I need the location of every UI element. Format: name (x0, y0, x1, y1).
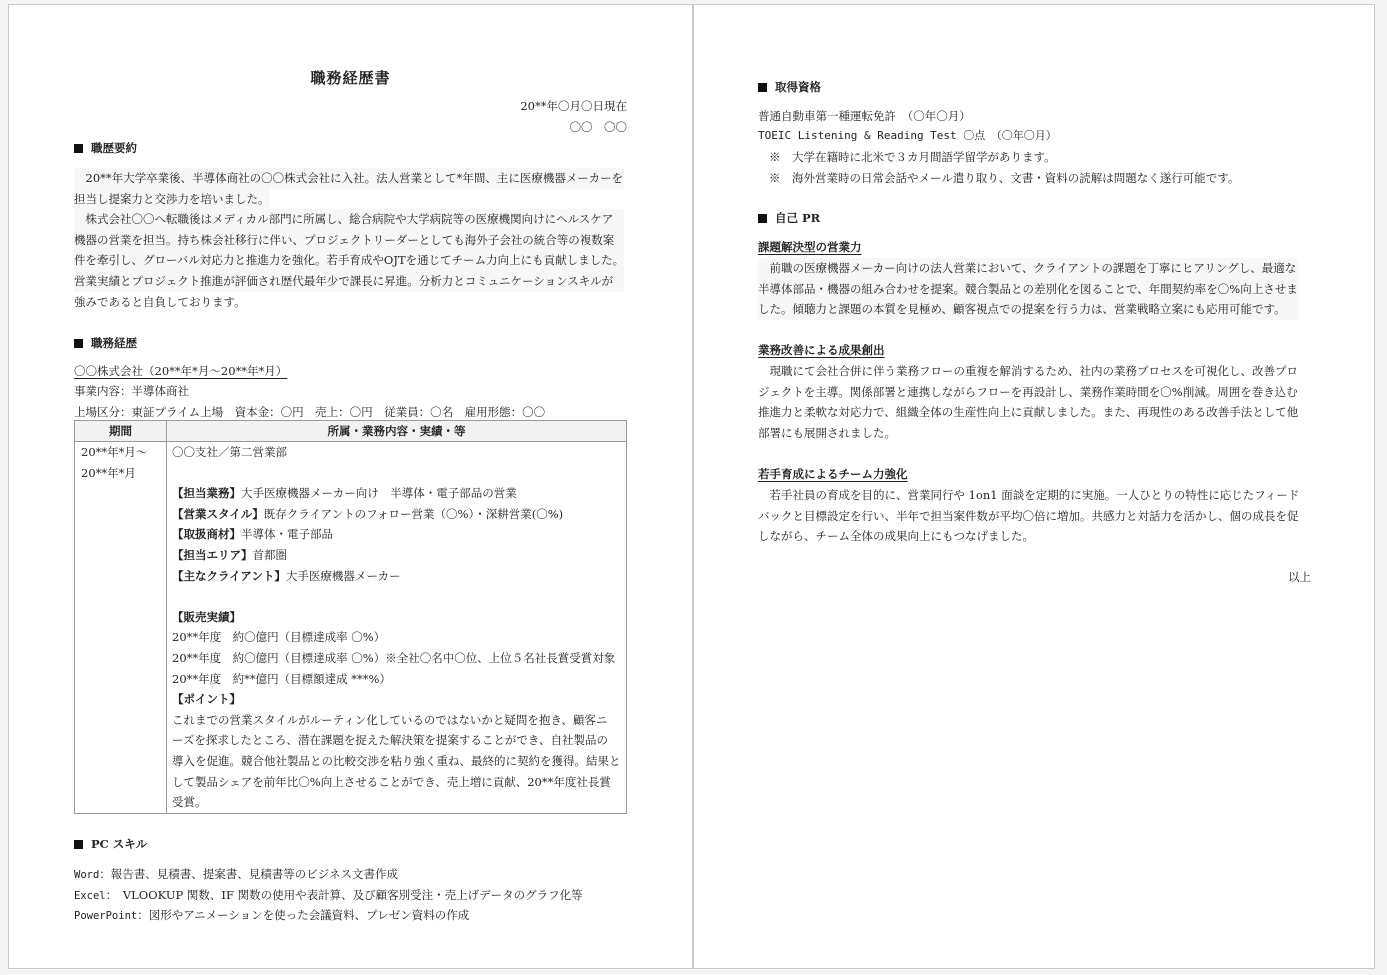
square-bullet-icon (758, 83, 767, 92)
app-name: Excel (74, 890, 106, 902)
text-line: 件を牽引し、グローバル対応力と推進力を強化。若手育成やOJTを通じてチーム力向上… (74, 250, 624, 271)
section-heading-label: 職務経歴 (91, 336, 137, 350)
point-label: 【ポイント】 (172, 689, 621, 710)
duty-value: 既存クライアントのフォロー営業（〇%）・深耕営業(〇%) (264, 507, 563, 521)
text-line: 前職の医療機器メーカー向けの法人営業において、クライアントの課題を丁寧にヒアリン… (758, 258, 1298, 279)
duty-item: 【取扱商材】半導体・電子部品 (172, 524, 621, 545)
text-line: 推進力と柔軟な対応力で、組織全体の生産性向上に貢献しました。また、再現性のある改… (758, 402, 1298, 423)
period-start: 20**年*月～ (81, 442, 161, 463)
page-2: 取得資格 普通自動車第一種運転免許 （〇年〇月） TOEIC Listening… (758, 5, 1311, 968)
pc-skill-word: Word：報告書、見積書、提案書、見積書等のビジネス文書作成 (74, 864, 398, 886)
table-row: 20**年*月～ 20**年*月 〇〇支社／第二営業部 【担当業務】大手医療機器… (75, 442, 627, 814)
author-name: 〇〇 〇〇 (570, 117, 628, 138)
department: 〇〇支社／第二営業部 (172, 442, 621, 463)
text-line: 部署にも展開されました。 (758, 423, 1298, 444)
skill-text: ：図形やアニメーションを使った会議資料、プレゼン資料の作成 (137, 908, 469, 922)
sales-label: 【販売実績】 (172, 607, 621, 628)
duty-value: 首都圏 (253, 548, 288, 562)
pr-title: 課題解決型の営業力 (758, 237, 862, 258)
section-heading-label: 職歴要約 (91, 141, 137, 155)
app-name: Word (74, 869, 99, 881)
square-bullet-icon (74, 144, 83, 153)
qualification-item: 普通自動車第一種運転免許 （〇年〇月） (758, 106, 971, 127)
text-line: ジェクトを主導。関係部署と連携しながらフローを再設計し、業務作業時間を〇%削減。… (758, 382, 1298, 403)
text-line: 担当し提案力と交渉力を培いました。 (74, 189, 270, 210)
duty-label: 【主なクライアント】 (172, 569, 286, 583)
text-line: 株式会社〇〇へ転職後はメディカル部門に所属し、総合病院や大学病院等の医療機関向け… (74, 209, 624, 230)
section-heading-label: PC スキル (91, 837, 147, 851)
pr-paragraph: 現職にて会社合併に伴う業務フローの重複を解消するため、社内の業務プロセスを可視化… (758, 361, 1298, 443)
section-heading-qualifications: 取得資格 (758, 79, 821, 95)
section-heading-label: 取得資格 (775, 80, 821, 94)
pr-title: 若手育成によるチーム力強化 (758, 464, 908, 485)
text-line: 機器の営業を担当。持ち株会社移行に伴い、プロジェクトリーダーとしても海外子会社の… (74, 230, 624, 251)
duty-item: 【主なクライアント】大手医療機器メーカー (172, 566, 621, 587)
pc-skill-powerpoint: PowerPoint：図形やアニメーションを使った会議資料、プレゼン資料の作成 (74, 905, 469, 927)
content-cell: 〇〇支社／第二営業部 【担当業務】大手医療機器メーカー向け 半導体・電子部品の営… (167, 442, 627, 814)
page-1: 職務経歴書 20**年〇月〇日現在 〇〇 〇〇 職歴要約 20**年大学卒業後、… (74, 5, 627, 968)
text-line: 現職にて会社合併に伴う業務フローの重複を解消するため、社内の業務プロセスを可視化… (758, 361, 1298, 382)
qualification-note: ※ 大学在籍時に北米で３カ月間語学留学があります。 (769, 147, 1056, 168)
point-line: 導入を促進。競合他社製品との比較交渉を粘り強く重ね、最終的に契約を獲得。結果と (172, 751, 621, 772)
sales-record: 20**年度 約**億円（目標額達成 ***%） (172, 669, 621, 690)
skill-text: ：報告書、見積書、提案書、見積書等のビジネス文書作成 (99, 867, 398, 881)
point-line: ーズを探求したところ、潜在課題を捉えた解決策を提案することができ、自社製品の (172, 730, 621, 751)
app-name: PowerPoint (74, 910, 137, 922)
text-line: バックと目標設定を行い、半年で担当案件数が平均〇倍に増加。共感力と対話力を活かし… (758, 506, 1299, 527)
section-heading-label: 自己 PR (775, 211, 820, 225)
text-line: 20**年大学卒業後、半導体商社の〇〇株式会社に入社。法人営業として*年間、主に… (74, 168, 624, 189)
qualification-item: TOEIC Listening & Reading Test 〇点 （〇年〇月） (758, 126, 1057, 147)
duty-label: 【営業スタイル】 (172, 507, 264, 521)
duty-label: 【取扱商材】 (172, 527, 241, 541)
page-divider (692, 5, 694, 968)
square-bullet-icon (74, 840, 83, 849)
text-line: した。傾聴力と課題の本質を見極め、顧客視点での提案を行う力は、営業戦略立案にも応… (758, 299, 1298, 320)
duty-item: 【担当エリア】首都圏 (172, 545, 621, 566)
square-bullet-icon (74, 339, 83, 348)
sales-record: 20**年度 約〇億円（目標達成率 〇%）※全社〇名中〇位、上位５名社長賞受賞対… (172, 648, 621, 669)
company-name: 〇〇株式会社（20**年*月～20**年*月） (74, 361, 287, 382)
column-header-period: 期間 (75, 421, 167, 442)
point-line: 受賞。 (172, 792, 621, 813)
sales-record: 20**年度 約〇億円（目標達成率 〇%） (172, 627, 621, 648)
section-heading-self-pr: 自己 PR (758, 210, 820, 226)
text-line: 若手社員の育成を目的に、営業同行や 1on1 面談を定期的に実施。一人ひとりの特… (758, 485, 1299, 506)
square-bullet-icon (758, 214, 767, 223)
pr-paragraph: 若手社員の育成を目的に、営業同行や 1on1 面談を定期的に実施。一人ひとりの特… (758, 485, 1299, 547)
skill-text: ： VLOOKUP 関数、IF 関数の使用や表計算、及び顧客別受注・売上げデータ… (106, 888, 583, 902)
business-content: 事業内容：半導体商社 (74, 381, 189, 402)
qualification-note: ※ 海外営業時の日常会話やメール遣り取り、文書・資料の読解は問題なく遂行可能です… (769, 168, 1239, 189)
point-line: して製品シェアを前年比〇%向上させることができ、売上増に貢献、20**年度社長賞 (172, 772, 621, 793)
section-heading-pc-skills: PC スキル (74, 836, 147, 852)
closing-text: 以上 (1288, 567, 1311, 588)
period-cell: 20**年*月～ 20**年*月 (75, 442, 167, 814)
pr-title: 業務改善による成果創出 (758, 340, 885, 361)
summary-paragraph: 20**年大学卒業後、半導体商社の〇〇株式会社に入社。法人営業として*年間、主に… (74, 168, 624, 312)
column-header-content: 所属・業務内容・実績・等 (167, 421, 627, 442)
section-heading-summary: 職歴要約 (74, 140, 137, 156)
text-line: 営業実績とプロジェクト推進が評価され歴代最年少で課長に昇進。分析力とコミュニケー… (74, 271, 624, 292)
duty-label: 【担当業務】 (172, 486, 241, 500)
section-heading-career: 職務経歴 (74, 335, 137, 351)
text-line: しながら、チーム全体の成果向上にもつなげました。 (758, 526, 1299, 547)
duty-value: 大手医療機器メーカー (286, 569, 401, 583)
document-viewer: 職務経歴書 20**年〇月〇日現在 〇〇 〇〇 職歴要約 20**年大学卒業後、… (8, 4, 1375, 969)
pc-skill-excel: Excel： VLOOKUP 関数、IF 関数の使用や表計算、及び顧客別受注・売… (74, 885, 583, 907)
period-end: 20**年*月 (81, 463, 161, 484)
document-date: 20**年〇月〇日現在 (520, 96, 627, 117)
duty-value: 半導体・電子部品 (241, 527, 333, 541)
duty-item: 【担当業務】大手医療機器メーカー向け 半導体・電子部品の営業 (172, 483, 621, 504)
duty-label: 【担当エリア】 (172, 548, 253, 562)
text-line: 強みであると自負しております。 (74, 292, 624, 313)
point-line: これまでの営業スタイルがルーティン化しているのではないかと疑問を抱き、顧客ニ (172, 710, 621, 731)
duty-item: 【営業スタイル】既存クライアントのフォロー営業（〇%）・深耕営業(〇%) (172, 504, 621, 525)
duty-value: 大手医療機器メーカー向け 半導体・電子部品の営業 (241, 486, 517, 500)
career-table: 期間 所属・業務内容・実績・等 20**年*月～ 20**年*月 〇〇支社／第二… (74, 420, 627, 814)
document-title: 職務経歴書 (74, 67, 627, 88)
text-line: 半導体部品・機器の組み合わせを提案。競合製品との差別化を図ることで、年間契約率を… (758, 279, 1298, 300)
pr-paragraph: 前職の医療機器メーカー向けの法人営業において、クライアントの課題を丁寧にヒアリン… (758, 258, 1298, 320)
